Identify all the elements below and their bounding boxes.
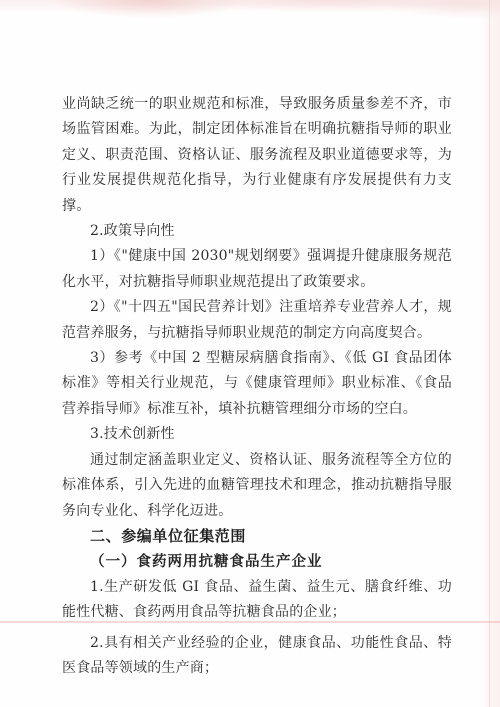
paragraph: 1.生产研发低 GI 食品、益生菌、益生元、膳食纤维、功能性代糖、食药两用食品等… — [62, 575, 452, 626]
paragraph: 3.技术创新性 — [62, 422, 452, 447]
scan-right-band — [480, 0, 500, 707]
scan-vertical-line — [489, 0, 490, 707]
paragraph: 二、参编单位征集范围 — [62, 524, 452, 549]
paragraph: 2.具有相关产业经验的企业，健康食品、功能性食品、特医食品等领域的生产商； — [62, 631, 452, 682]
paragraph: 2.政策导向性 — [62, 219, 452, 244]
document-body: 业尚缺乏统一的职业规范和标准，导致服务质量参差不齐，市场监管困难。为此，制定团体… — [62, 92, 452, 681]
paragraph: 业尚缺乏统一的职业规范和标准，导致服务质量参差不齐，市场监管困难。为此，制定团体… — [62, 92, 452, 219]
scan-top-smudge — [0, 0, 500, 42]
paragraph: 通过制定涵盖职业定义、资格认证、服务流程等全方位的标准体系，引入先进的血糖管理技… — [62, 448, 452, 524]
document-page: 业尚缺乏统一的职业规范和标准，导致服务质量参差不齐，市场监管困难。为此，制定团体… — [0, 0, 500, 707]
paragraph: 2）《"十四五"国民营养计划》注重培养专业营养人才，规范营养服务，与抗糖指导师职… — [62, 295, 452, 346]
paragraph: 3）参考《中国 2 型糖尿病膳食指南》、《低 GI 食品团体标准》等相关行业规范… — [62, 346, 452, 422]
paragraph: 1）《"健康中国 2030"规划纲要》强调提升健康服务规范化水平，对抗糖指导师职… — [62, 244, 452, 295]
paragraph: （一）食药两用抗糖食品生产企业 — [62, 549, 452, 574]
